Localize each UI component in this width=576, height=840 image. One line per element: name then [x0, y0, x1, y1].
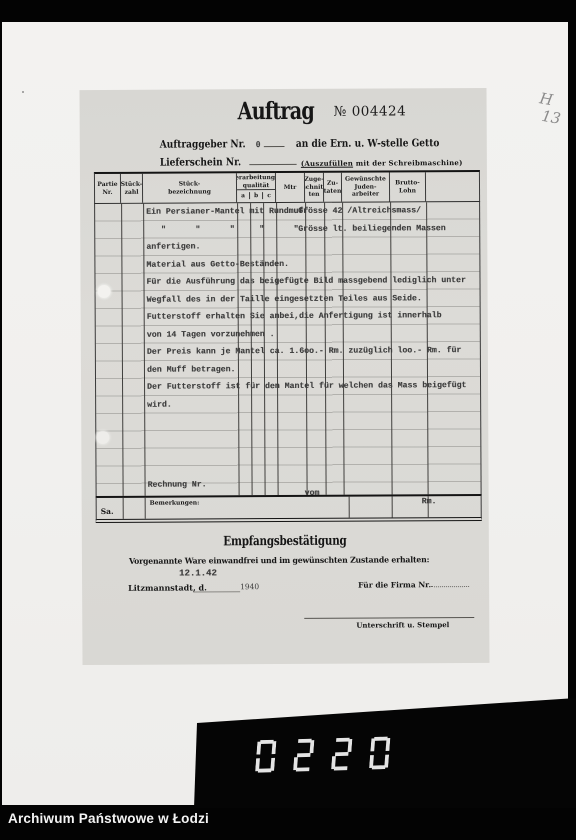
- column-rule: [349, 497, 350, 518]
- typed-line-left: wird.: [147, 400, 172, 409]
- delivery-blank-line: [249, 155, 296, 165]
- column-header-0: Partie Nr.: [95, 174, 121, 203]
- column-header-label: Partie Nr.: [97, 181, 117, 196]
- typed-line-9: Der Preis kann je Mantel ca. 1.6oo.- Rm.…: [96, 346, 480, 359]
- column-header-3: Verarbeitungs- qualitätabc: [237, 173, 276, 202]
- addressee-label: an die Ern. u. W-stelle Getto: [296, 137, 440, 150]
- quality-subheader: c: [263, 192, 275, 200]
- orderer-label: Auftraggeber Nr.: [160, 138, 246, 150]
- order-table: Partie Nr.Stück- zahlStück- bezeichnungV…: [94, 170, 482, 523]
- auftrag-document: Auftrag № 004424 Auftraggeber Nr. 0 an d…: [79, 88, 489, 665]
- column-header-5: Zuge- schnit- ten: [305, 173, 324, 202]
- column-header-label: Mtr: [284, 184, 297, 192]
- orderer-line: Auftraggeber Nr. 0 an die Ern. u. W-stel…: [160, 136, 440, 150]
- quality-subheader-row: abc: [237, 189, 275, 201]
- delivery-label: Lieferschein Nr.: [160, 156, 241, 168]
- receipt-title-row: Empfangsbestätigung: [82, 529, 489, 550]
- receipt-firm-line: Für die Firma Nr.: [358, 579, 469, 590]
- typed-line-8: von 14 Tagen vorzunehmen .: [96, 328, 480, 341]
- typewriter-note-rest: mit der Schreibmaschine): [353, 158, 463, 168]
- orderer-blank-line: [263, 137, 284, 147]
- counter-digit-2: [293, 738, 315, 772]
- typed-line-3: anfertigen.: [95, 241, 479, 254]
- counter-digit-3: [331, 737, 353, 771]
- typed-line-6: Wegfall des in der Taille eingesetzten T…: [96, 293, 480, 306]
- receipt-year: 1940: [240, 582, 259, 591]
- typed-line-right: Grösse 42 /Altreichsmass/: [298, 206, 421, 216]
- column-rule: [123, 498, 124, 519]
- column-header-label: Zu- taten: [324, 180, 341, 195]
- archive-caption: Archiwum Państwowe w Łodzi: [8, 811, 209, 826]
- column-header-label: Stück- zahl: [121, 181, 142, 196]
- dust-speck: [22, 91, 24, 93]
- typed-line-left: den Muff betragen.: [147, 365, 235, 374]
- typewriter-note: (Auszufüllen mit der Schreibmaschine): [301, 158, 463, 168]
- typed-line-left: Ein Persianer-Mantel mit Rundmuff: [146, 207, 308, 217]
- typed-line-left: von 14 Tagen vorzunehmen .: [147, 330, 275, 340]
- column-header-9: [426, 172, 481, 201]
- frame-counter-display: [255, 736, 390, 773]
- remarks-label: Bemerkungen:: [150, 499, 200, 506]
- typed-line-left: Der Preis kann je Mantel ca. 1.6oo.- Rm.…: [147, 346, 461, 357]
- typed-line-2: " " " " "Grösse lt. beiliegenden Massen: [95, 223, 479, 236]
- column-rule: [428, 496, 429, 517]
- typed-line-left: Futterstoff erhalten Sie anbei,die Anfer…: [147, 311, 442, 322]
- column-rule: [145, 498, 146, 519]
- typed-line-left: Für die Ausführung das beigefügte Bild m…: [146, 276, 465, 287]
- receipt-firm-label: Für die Firma Nr.: [358, 580, 431, 589]
- typed-line-left: " " " " ": [146, 224, 298, 234]
- column-header-label: Brutto- Lohn: [395, 179, 420, 194]
- counter-digit-4: [369, 736, 391, 770]
- hole-punch: [98, 285, 111, 298]
- column-header-4: Mtr: [276, 173, 305, 202]
- typewriter-note-underlined: (Auszufüllen: [301, 159, 353, 168]
- receipt-date-blank-line: [193, 583, 240, 592]
- sum-label: Sa.: [101, 507, 114, 516]
- hole-punch: [96, 431, 109, 444]
- column-header-8: Brutto- Lohn: [390, 172, 426, 201]
- typed-line-5: Für die Ausführung das beigefügte Bild m…: [95, 276, 479, 289]
- typed-line-left: anfertigen.: [146, 242, 200, 251]
- typed-line-12: wird.: [96, 398, 480, 411]
- table-footer-row: Bemerkungen: Sa.: [96, 494, 482, 523]
- signature-line: [304, 617, 474, 619]
- typed-line-4: Material aus Getto-Beständen.: [95, 258, 479, 271]
- form-title: Auftrag: [238, 96, 315, 125]
- quality-subheader: b: [250, 192, 263, 200]
- delivery-note-line: Lieferschein Nr.: [160, 155, 297, 169]
- typed-line-11: Der Futterstoff ist für den Mantel für w…: [96, 381, 480, 394]
- column-header-label: Zuge- schnit- ten: [305, 176, 324, 199]
- quality-subheader: a: [237, 192, 250, 200]
- receipt-title: Empfangsbestätigung: [224, 534, 347, 550]
- typed-line-10: den Muff betragen.: [96, 363, 480, 376]
- column-header-label: Gewünschte Juden- arbeiter: [345, 176, 386, 199]
- column-header-6: Zu- taten: [324, 173, 342, 202]
- signature-label: Unterschrift u. Stempel: [356, 620, 449, 629]
- typed-line-left: Material aus Getto-Beständen.: [146, 259, 289, 269]
- microfilm-frame: Auftrag № 004424 Auftraggeber Nr. 0 an d…: [0, 0, 576, 840]
- column-header-label: Verarbeitungs- qualität: [237, 174, 276, 189]
- column-header-label: Stück- bezeichnung: [168, 180, 211, 195]
- handwritten-number: 13: [540, 108, 562, 128]
- typed-line-left: Der Futterstoff ist für den Mantel für w…: [147, 381, 466, 392]
- receipt-statement: Vorgenannte Ware einwandfrei und im gewü…: [129, 554, 429, 566]
- receipt-firm-blank-line: [431, 579, 469, 587]
- invoice-label: Rechnung Nr.: [148, 480, 207, 489]
- receipt-typed-date: 12.1.42: [179, 568, 217, 578]
- table-body: Rechnung Nr. vom Rm. Ein Persianer-Mante…: [94, 202, 482, 496]
- column-header-1: Stück- zahl: [121, 174, 143, 203]
- order-number: № 004424: [334, 103, 407, 119]
- column-header-2: Stück- bezeichnung: [143, 173, 237, 202]
- invoice-row: Rechnung Nr. vom Rm.: [96, 470, 480, 483]
- typed-line-1: Ein Persianer-Mantel mit RundmuffGrösse …: [95, 206, 479, 219]
- orderer-value: 0: [256, 140, 261, 150]
- typed-line-right: Grösse lt. beiliegenden Massen: [298, 224, 445, 234]
- column-rule: [392, 496, 393, 517]
- column-header-7: Gewünschte Juden- arbeiter: [342, 172, 390, 201]
- counter-digit-1: [255, 739, 277, 773]
- typed-line-left: Wegfall des in der Taille eingesetzten T…: [147, 294, 422, 304]
- typed-line-7: Futterstoff erhalten Sie anbei,die Anfer…: [96, 311, 480, 324]
- table-header-row: Partie Nr.Stück- zahlStück- bezeichnungV…: [94, 170, 480, 204]
